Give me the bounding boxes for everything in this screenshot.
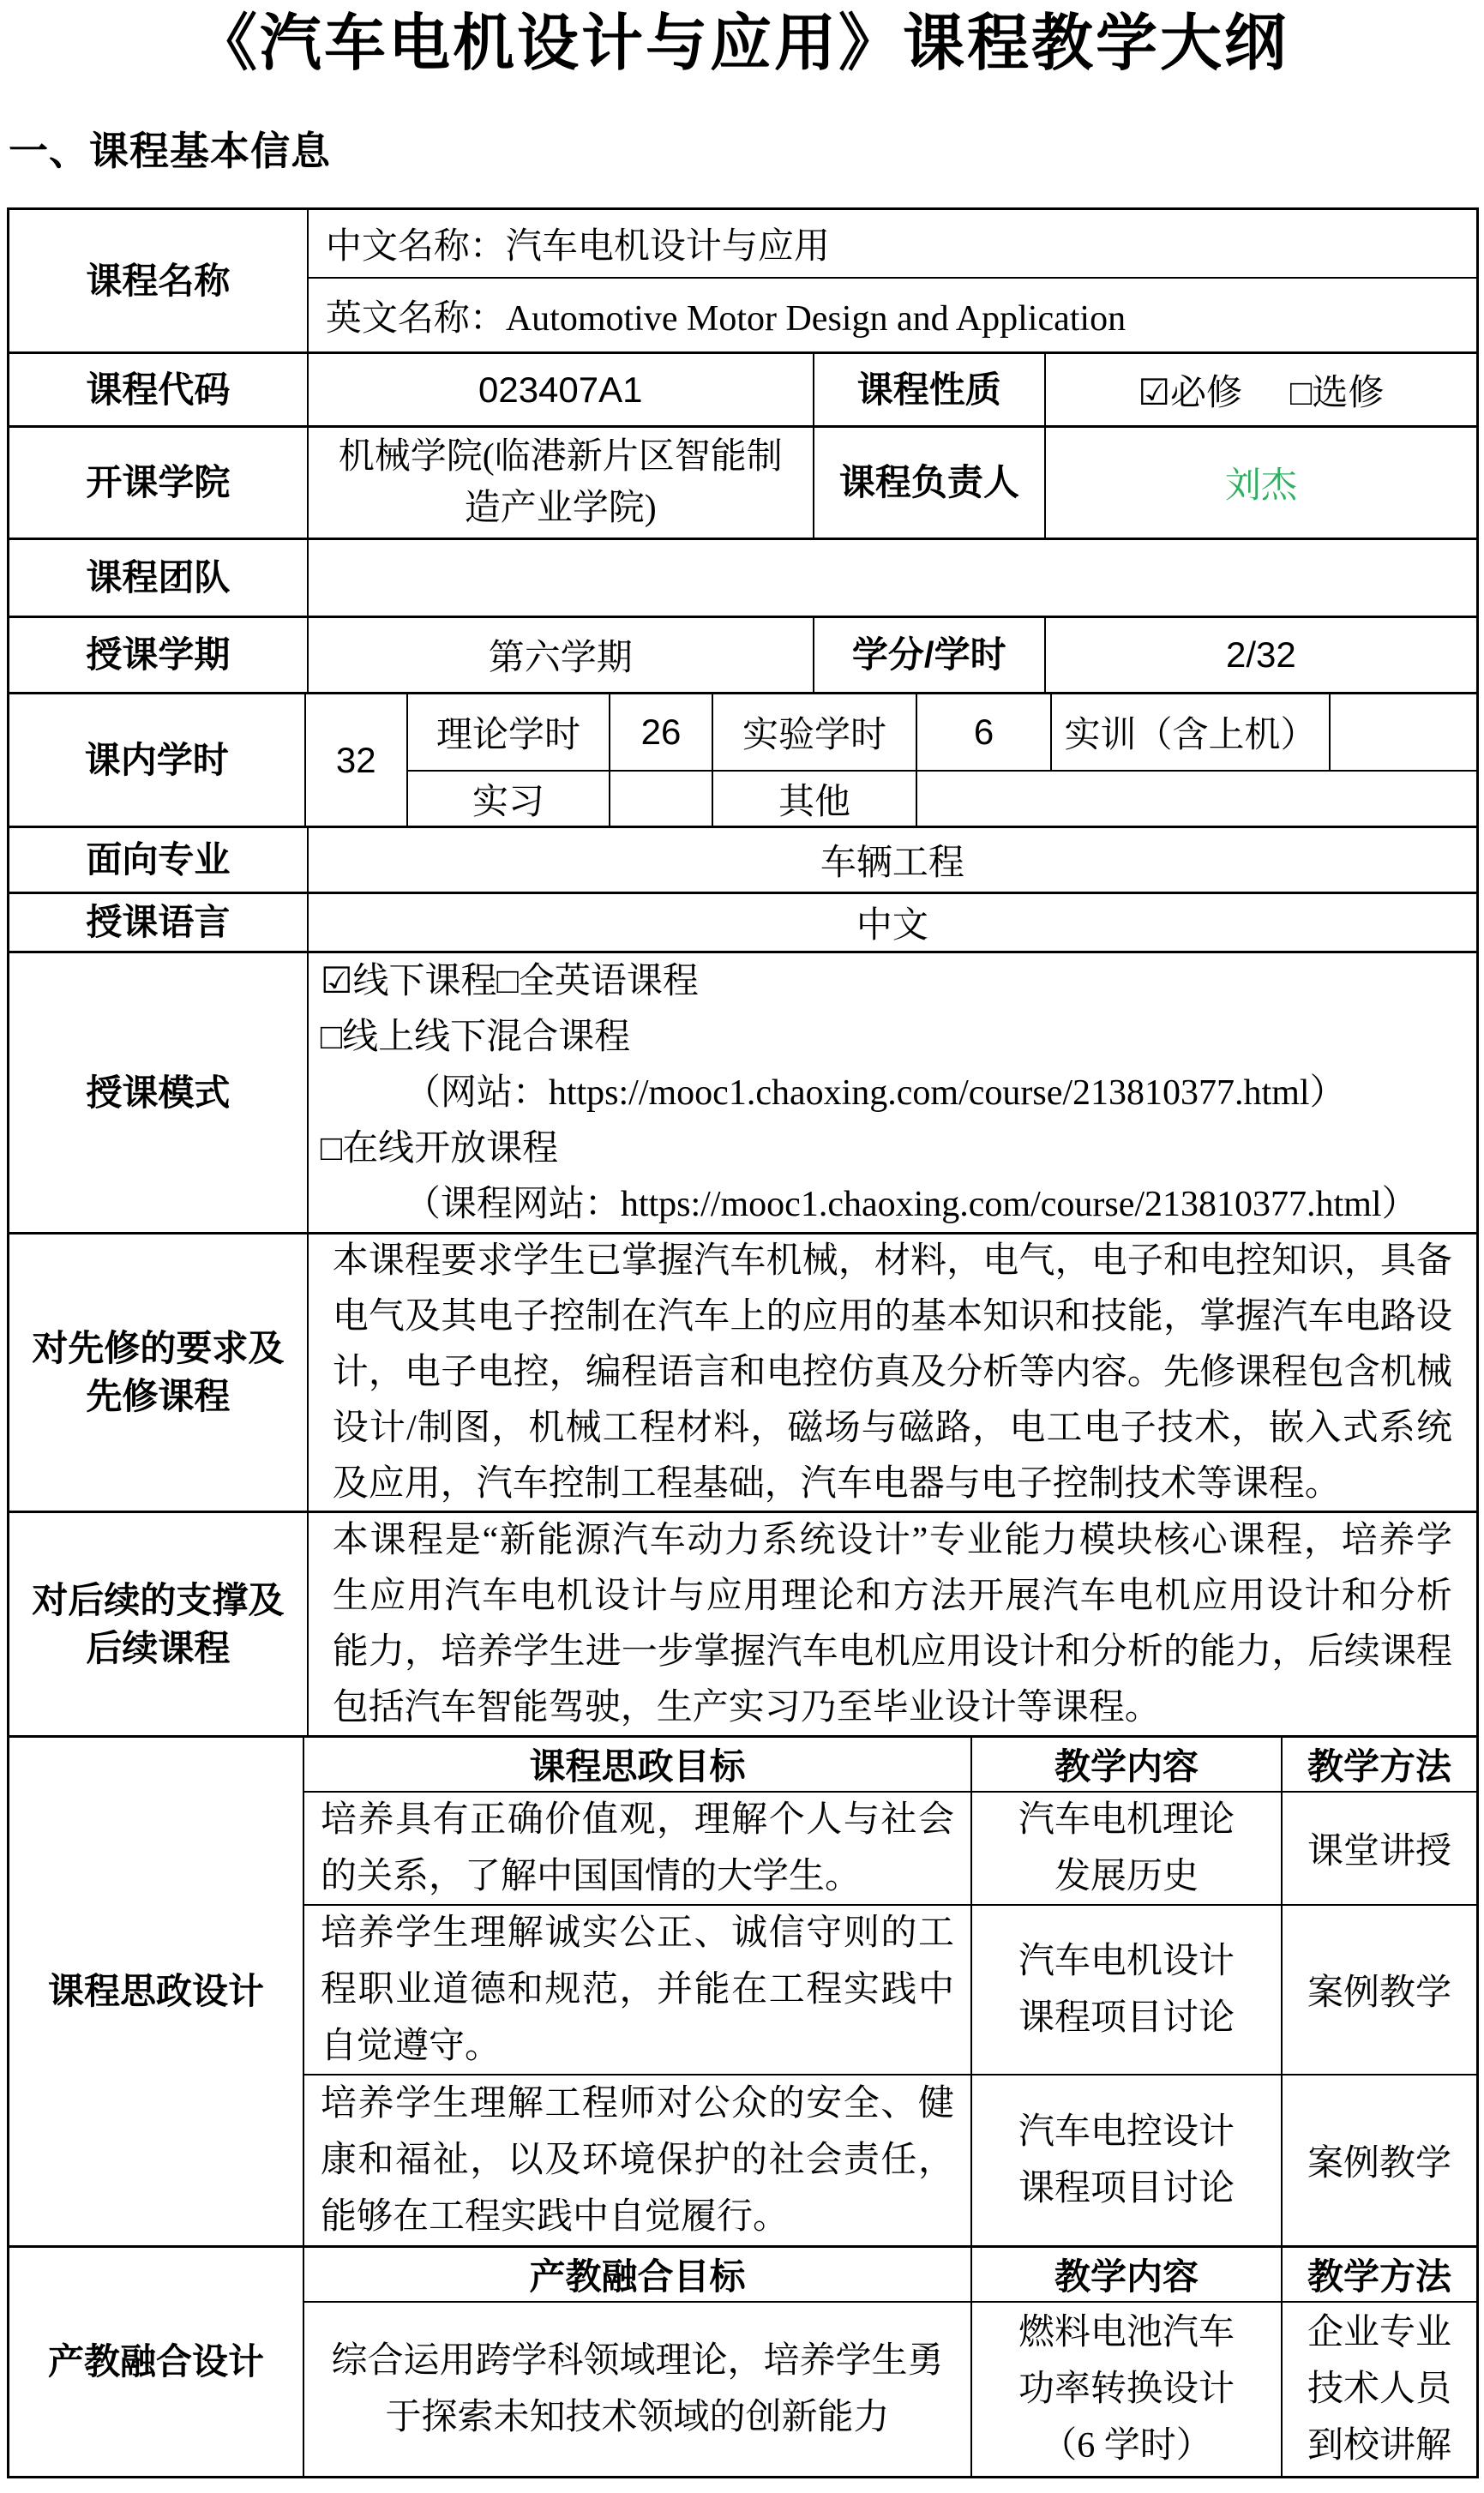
text-line: 于探索未知技术领域的创新能力 bbox=[321, 2389, 954, 2446]
other-hours-value bbox=[917, 772, 1476, 826]
subsequent-text: 本课程是“新能源汽车动力系统设计”专业能力模块核心课程，培养学 生应用汽车电机设… bbox=[309, 1513, 1476, 1735]
text-line: 技术人员 bbox=[1283, 2361, 1476, 2418]
ideology-content-3: 汽车电控设计 课程项目讨论 bbox=[972, 2075, 1283, 2245]
text-line: 能力，培养学生进一步掌握汽车电机应用设计和分析的能力，后续课程 bbox=[333, 1625, 1452, 1680]
industry-education-label: 产教融合设计 bbox=[9, 2248, 304, 2476]
ideology-method-2: 案例教学 bbox=[1283, 1906, 1476, 2074]
major-value: 车辆工程 bbox=[309, 828, 1476, 892]
text-line: 汽车电机设计 bbox=[972, 1933, 1281, 1990]
practice-hours-label: 实习 bbox=[408, 772, 610, 826]
team-label: 课程团队 bbox=[9, 540, 309, 616]
course-nature-label: 课程性质 bbox=[814, 354, 1046, 425]
teaching-method-header: 教学方法 bbox=[1283, 1738, 1476, 1791]
experiment-hours-value: 6 bbox=[917, 694, 1052, 770]
course-name-label: 课程名称 bbox=[9, 210, 309, 351]
row-subsequent: 对后续的支撑及后续课程 本课程是“新能源汽车动力系统设计”专业能力模块核心课程，… bbox=[9, 1513, 1476, 1738]
in-class-hours-label: 课内学时 bbox=[9, 694, 306, 826]
practice-hours-value bbox=[610, 772, 713, 826]
theory-hours-value: 26 bbox=[610, 694, 713, 770]
course-nature-value: ☑必修 □选修 bbox=[1046, 354, 1476, 425]
semester-label: 授课学期 bbox=[9, 618, 309, 692]
row-semester: 授课学期 第六学期 学分/学时 2/32 bbox=[9, 618, 1476, 694]
industry-row-1: 综合运用跨学科领域理论，培养学生勇 于探索未知技术领域的创新能力 燃料电池汽车 … bbox=[304, 2303, 1476, 2476]
mode-line-offline: ☑线下课程□全英语课程 bbox=[321, 954, 1476, 1010]
text-line: 电气及其电子控制在汽车上的应用的基本知识和技能，掌握汽车电路设 bbox=[333, 1289, 1452, 1345]
row-major: 面向专业 车辆工程 bbox=[9, 828, 1476, 894]
text-line: 设计/制图，机械工程材料，磁场与磁路，电工电子技术，嵌入式系统 bbox=[333, 1401, 1452, 1457]
ideology-goal-header: 课程思政目标 bbox=[304, 1738, 972, 1791]
industry-goal-1: 综合运用跨学科领域理论，培养学生勇 于探索未知技术领域的创新能力 bbox=[304, 2303, 972, 2476]
document-page: 《汽车电机设计与应用》课程教学大纲 一、课程基本信息 课程名称 中文名称：汽车电… bbox=[0, 5, 1484, 2478]
teaching-method-header: 教学方法 bbox=[1283, 2248, 1476, 2301]
ideology-content-1: 汽车电机理论 发展历史 bbox=[972, 1793, 1283, 1904]
mode-line-blended: □线上线下混合课程 bbox=[321, 1010, 1476, 1066]
mode-line-website: （网站：https://mooc1.chaoxing.com/course/21… bbox=[321, 1066, 1476, 1121]
team-value bbox=[309, 540, 1476, 616]
text-line: 程职业道德和规范，并能在工程实践中 bbox=[321, 1961, 954, 2018]
row-ideology-design: 课程思政设计 课程思政目标 教学内容 教学方法 培养具有正确价值观，理解个人与社… bbox=[9, 1738, 1476, 2248]
teaching-content-header: 教学内容 bbox=[972, 1738, 1283, 1791]
document-title: 《汽车电机设计与应用》课程教学大纲 bbox=[0, 5, 1484, 82]
text-line: 本课程是“新能源汽车动力系统设计”专业能力模块核心课程，培养学 bbox=[333, 1513, 1452, 1569]
ideology-method-1: 课堂讲授 bbox=[1283, 1793, 1476, 1904]
section-heading: 一、课程基本信息 bbox=[9, 129, 1484, 173]
mode-line-course-website: （课程网站：https://mooc1.chaoxing.com/course/… bbox=[321, 1177, 1476, 1232]
ideology-goal-3: 培养学生理解工程师对公众的安全、健 康和福祉，以及环境保护的社会责任， 能够在工… bbox=[304, 2075, 972, 2245]
text-line: 综合运用跨学科领域理论，培养学生勇 bbox=[321, 2333, 954, 2389]
text-line: 包括汽车智能驾驶，生产实习乃至毕业设计等课程。 bbox=[333, 1680, 1452, 1736]
course-code-label: 课程代码 bbox=[9, 354, 309, 425]
text-line: 燃料电池汽车 bbox=[972, 2304, 1281, 2361]
semester-value: 第六学期 bbox=[309, 618, 814, 692]
teaching-content-header: 教学内容 bbox=[972, 2248, 1283, 2301]
row-course-code: 课程代码 023407A1 课程性质 ☑必修 □选修 bbox=[9, 354, 1476, 428]
text-line: 能够在工程实践中自觉履行。 bbox=[321, 2189, 954, 2245]
course-info-table: 课程名称 中文名称：汽车电机设计与应用 英文名称：Automotive Moto… bbox=[7, 207, 1479, 2478]
row-team: 课程团队 bbox=[9, 540, 1476, 618]
industry-content-1: 燃料电池汽车 功率转换设计 （6 学时） bbox=[972, 2303, 1283, 2476]
ideology-content-2: 汽车电机设计 课程项目讨论 bbox=[972, 1906, 1283, 2074]
row-school: 开课学院 机械学院(临港新片区智能制造产业学院) 课程负责人 刘杰 bbox=[9, 428, 1476, 540]
mode-line-open-online: □在线开放课程 bbox=[321, 1121, 1476, 1177]
text-line: 的关系，了解中国国情的大学生。 bbox=[321, 1848, 954, 1904]
text-line: 课程项目讨论 bbox=[972, 1990, 1281, 2046]
training-hours-value bbox=[1331, 694, 1476, 770]
training-hours-label: 实训（含上机） bbox=[1052, 694, 1331, 770]
row-language: 授课语言 中文 bbox=[9, 894, 1476, 953]
text-line: 功率转换设计 bbox=[972, 2361, 1281, 2418]
ideology-row-2: 培养学生理解诚实公正、诚信守则的工 程职业道德和规范，并能在工程实践中 自觉遵守… bbox=[304, 1906, 1476, 2075]
text-line: 本课程要求学生已掌握汽车机械，材料，电气，电子和电控知识，具备 bbox=[333, 1234, 1452, 1289]
language-value: 中文 bbox=[309, 894, 1476, 951]
prerequisites-label: 对先修的要求及先修课程 bbox=[9, 1234, 309, 1511]
course-leader-value: 刘杰 bbox=[1046, 428, 1476, 538]
text-line: 培养学生理解诚实公正、诚信守则的工 bbox=[321, 1906, 954, 1961]
credit-hours-label: 学分/学时 bbox=[814, 618, 1046, 692]
text-line: 课程项目讨论 bbox=[972, 2160, 1281, 2217]
subsequent-label: 对后续的支撑及后续课程 bbox=[9, 1513, 309, 1735]
in-class-hours-total: 32 bbox=[306, 694, 408, 826]
text-line: 及应用，汽车控制工程基础，汽车电器与电子控制技术等课程。 bbox=[333, 1457, 1452, 1511]
school-label: 开课学院 bbox=[9, 428, 309, 538]
course-code-value: 023407A1 bbox=[309, 354, 814, 425]
required-checkbox-checked: ☑必修 bbox=[1138, 364, 1242, 416]
row-course-name: 课程名称 中文名称：汽车电机设计与应用 英文名称：Automotive Moto… bbox=[9, 210, 1476, 354]
course-leader-label: 课程负责人 bbox=[814, 428, 1046, 538]
text-line: 培养具有正确价值观，理解个人与社会 bbox=[321, 1793, 954, 1848]
row-teaching-mode: 授课模式 ☑线下课程□全英语课程 □线上线下混合课程 （网站：https://m… bbox=[9, 953, 1476, 1234]
ideology-method-3: 案例教学 bbox=[1283, 2075, 1476, 2245]
ideology-design-label: 课程思政设计 bbox=[9, 1738, 304, 2245]
credit-hours-value: 2/32 bbox=[1046, 618, 1476, 692]
theory-hours-label: 理论学时 bbox=[408, 694, 610, 770]
text-line: 到校讲解 bbox=[1283, 2418, 1476, 2474]
teaching-mode-value: ☑线下课程□全英语课程 □线上线下混合课程 （网站：https://mooc1.… bbox=[309, 953, 1476, 1232]
text-line: 培养学生理解工程师对公众的安全、健 bbox=[321, 2075, 954, 2132]
text-line: 企业专业 bbox=[1283, 2304, 1476, 2361]
ideology-row-1: 培养具有正确价值观，理解个人与社会 的关系，了解中国国情的大学生。 汽车电机理论… bbox=[304, 1793, 1476, 1906]
course-name-zh: 中文名称：汽车电机设计与应用 bbox=[309, 210, 1476, 279]
course-name-en: 英文名称：Automotive Motor Design and Applica… bbox=[309, 279, 1476, 351]
major-label: 面向专业 bbox=[9, 828, 309, 892]
prerequisites-text: 本课程要求学生已掌握汽车机械，材料，电气，电子和电控知识，具备 电气及其电子控制… bbox=[309, 1234, 1476, 1511]
school-value: 机械学院(临港新片区智能制造产业学院) bbox=[309, 428, 814, 538]
text-line: 计，电子电控，编程语言和电控仿真及分析等内容。先修课程包含机械 bbox=[333, 1345, 1452, 1401]
row-in-class-hours: 课内学时 32 理论学时 26 实验学时 6 实训（含上机） 实习 其他 bbox=[9, 694, 1476, 828]
row-prerequisites: 对先修的要求及先修课程 本课程要求学生已掌握汽车机械，材料，电气，电子和电控知识… bbox=[9, 1234, 1476, 1513]
ideology-row-3: 培养学生理解工程师对公众的安全、健 康和福祉，以及环境保护的社会责任， 能够在工… bbox=[304, 2075, 1476, 2245]
industry-header-row: 产教融合目标 教学内容 教学方法 bbox=[304, 2248, 1476, 2303]
ideology-goal-1: 培养具有正确价值观，理解个人与社会 的关系，了解中国国情的大学生。 bbox=[304, 1793, 972, 1904]
text-line: 自觉遵守。 bbox=[321, 2018, 954, 2074]
other-hours-label: 其他 bbox=[713, 772, 917, 826]
industry-goal-header: 产教融合目标 bbox=[304, 2248, 972, 2301]
language-label: 授课语言 bbox=[9, 894, 309, 951]
row-industry-education: 产教融合设计 产教融合目标 教学内容 教学方法 综合运用跨学科领域理论，培养学生… bbox=[9, 2248, 1476, 2476]
text-line: 汽车电控设计 bbox=[972, 2104, 1281, 2160]
text-line: 康和福祉，以及环境保护的社会责任， bbox=[321, 2132, 954, 2189]
text-line: 汽车电机理论 bbox=[972, 1793, 1281, 1848]
experiment-hours-label: 实验学时 bbox=[713, 694, 917, 770]
ideology-goal-2: 培养学生理解诚实公正、诚信守则的工 程职业道德和规范，并能在工程实践中 自觉遵守… bbox=[304, 1906, 972, 2074]
teaching-mode-label: 授课模式 bbox=[9, 953, 309, 1232]
ideology-header-row: 课程思政目标 教学内容 教学方法 bbox=[304, 1738, 1476, 1793]
text-line: （6 学时） bbox=[972, 2418, 1281, 2474]
industry-method-1: 企业专业 技术人员 到校讲解 bbox=[1283, 2303, 1476, 2476]
text-line: 发展历史 bbox=[972, 1848, 1281, 1904]
elective-checkbox-unchecked: □选修 bbox=[1290, 364, 1384, 416]
text-line: 生应用汽车电机设计与应用理论和方法开展汽车电机应用设计和分析 bbox=[333, 1569, 1452, 1625]
